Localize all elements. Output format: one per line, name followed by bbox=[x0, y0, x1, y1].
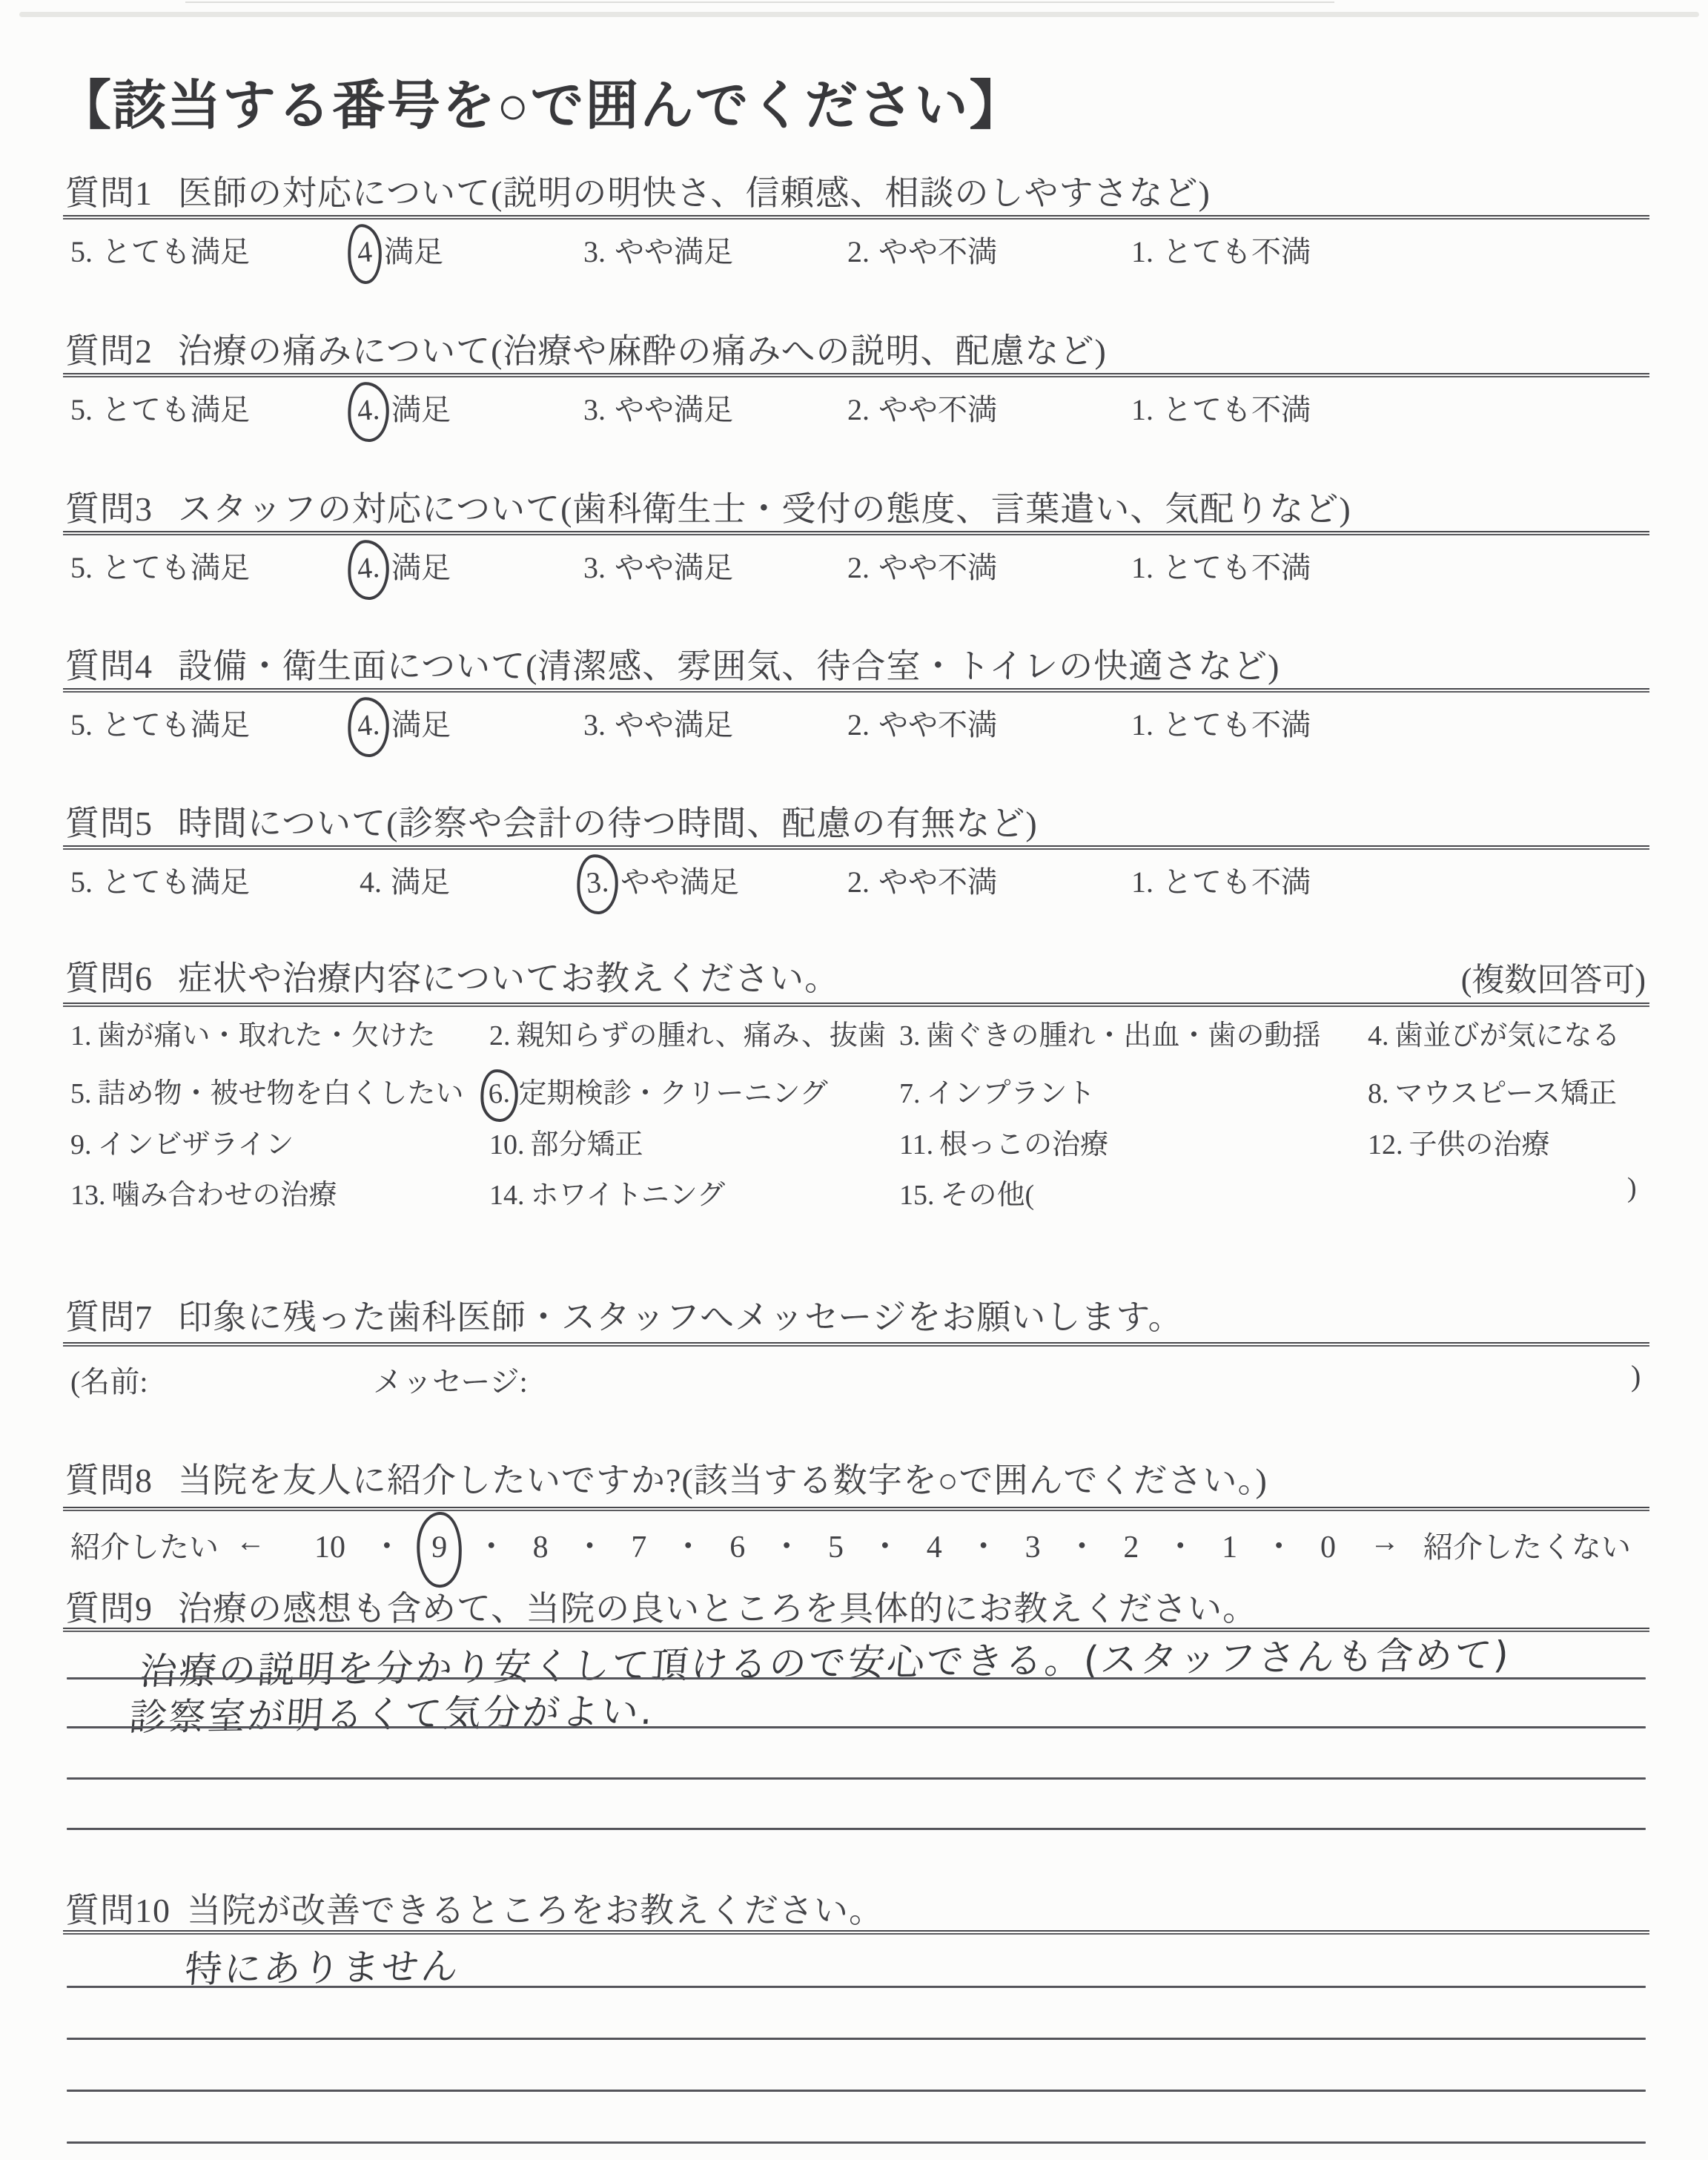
q2-option-5: 5.とても満足 bbox=[70, 386, 250, 429]
q8-num-10: 10 bbox=[314, 1530, 345, 1565]
q6-item-14: 14.ホワイトニング bbox=[489, 1172, 725, 1212]
q8-num-6: 6 bbox=[729, 1530, 745, 1565]
q4-title: 質問4設備・衛生面について(清潔感、雰囲気、待合室・トイレの快適さなど) bbox=[65, 639, 1280, 688]
q1-label: 質問1 bbox=[65, 174, 153, 212]
q6-item-2: 2.親知らずの腫れ、痛み、抜歯 bbox=[489, 1012, 886, 1053]
q6-note: (複数回答可) bbox=[1461, 953, 1646, 1000]
q8-rule bbox=[63, 1507, 1649, 1511]
q10-answer-line-2 bbox=[67, 2038, 1646, 2040]
q6-title-text: 症状や治療内容についてお教えください。 bbox=[178, 960, 839, 997]
q1-rule bbox=[63, 215, 1649, 219]
handwritten-circle-q8: 9 bbox=[414, 1510, 463, 1588]
q8-right-arrow-icon: → bbox=[1370, 1524, 1400, 1559]
q3-options-row: 5.とても満足 4.満足 3.やや満足 2.やや不満 1.とても不満 bbox=[63, 544, 1649, 596]
q8-title: 質問8当院を友人に紹介したいですか?(該当する数字を○で囲んでください。) bbox=[65, 1453, 1268, 1502]
q9-answer-line-2 bbox=[67, 1726, 1646, 1728]
q9-title-text: 治療の感想も含めて、当院の良いところを具体的にお教えください。 bbox=[178, 1590, 1257, 1628]
q3-title: 質問3スタッフの対応について(歯科衛生士・受付の態度、言葉遣い、気配りなど) bbox=[65, 482, 1351, 531]
q8-num-3: 3 bbox=[1025, 1530, 1041, 1565]
q7-name-label: (名前: bbox=[70, 1358, 148, 1401]
q3-label: 質問3 bbox=[65, 490, 153, 528]
q6-item-9: 9.インビザライン bbox=[70, 1121, 294, 1162]
q6-item-15: 15.その他( bbox=[899, 1172, 1034, 1212]
q6-item-3: 3.歯ぐきの腫れ・出血・歯の動揺 bbox=[899, 1012, 1321, 1053]
q1-title: 質問1医師の対応について(説明の明快さ、信頼感、相談のしやすさなど) bbox=[65, 166, 1211, 215]
q2-option-2: 2.やや不満 bbox=[847, 386, 997, 429]
q1-option-5: 5.とても満足 bbox=[70, 228, 250, 271]
q7-rule bbox=[63, 1342, 1649, 1347]
q8-title-text: 当院を友人に紹介したいですか?(該当する数字を○で囲んでください。) bbox=[178, 1462, 1268, 1499]
q9-label: 質問9 bbox=[65, 1590, 153, 1628]
q4-options-row: 5.とても満足 4.満足 3.やや満足 2.やや不満 1.とても不満 bbox=[63, 701, 1649, 753]
handwritten-circle-q3: 4. bbox=[345, 538, 392, 602]
q7-message-label: メッセージ: bbox=[373, 1358, 528, 1401]
q7-close-paren: ) bbox=[1631, 1358, 1641, 1393]
q5-option-5: 5.とても満足 bbox=[70, 859, 250, 901]
handwritten-circle-q5: 3. bbox=[575, 853, 621, 916]
handwritten-answer-q10-line1: 特にありません bbox=[183, 1937, 463, 1994]
survey-page: 【該当する番号を○で囲んでください】 質問1医師の対応について(説明の明快さ、信… bbox=[0, 0, 1708, 2160]
q8-num-5: 5 bbox=[828, 1530, 844, 1565]
q10-answer-line-3 bbox=[67, 2090, 1646, 2092]
q4-option-1: 1.とても不満 bbox=[1131, 701, 1311, 744]
q8-num-1: 1 bbox=[1222, 1530, 1237, 1565]
q7-label: 質問7 bbox=[65, 1298, 153, 1336]
q10-title: 質問10当院が改善できるところをお教えください。 bbox=[65, 1883, 884, 1932]
q8-num-2: 2 bbox=[1123, 1530, 1139, 1565]
q3-option-1: 1.とても不満 bbox=[1131, 544, 1311, 587]
q4-option-2: 2.やや不満 bbox=[847, 701, 997, 744]
q5-option-3-selected: 3.やや満足 bbox=[583, 859, 739, 902]
dot-separator: ・ bbox=[771, 1522, 802, 1567]
dot-separator: ・ bbox=[1066, 1522, 1097, 1567]
q6-title: 質問6症状や治療内容についてお教えください。 bbox=[65, 951, 839, 1000]
q6-item-6-selected: 6.定期検診・クリーニング bbox=[486, 1070, 828, 1113]
q6-item-12: 12.子供の治療 bbox=[1368, 1121, 1550, 1162]
q6-item-1: 1.歯が痛い・取れた・欠けた bbox=[70, 1012, 436, 1053]
q3-rule bbox=[63, 531, 1649, 535]
q2-options-row: 5.とても満足 4.満足 3.やや満足 2.やや不満 1.とても不満 bbox=[63, 386, 1649, 438]
q7-title-text: 印象に残った歯科医師・スタッフへメッセージをお願いします。 bbox=[178, 1298, 1183, 1336]
q10-rule bbox=[63, 1930, 1649, 1935]
q6-item-10: 10.部分矯正 bbox=[489, 1121, 643, 1162]
q6-item-4: 4.歯並びが気になる bbox=[1368, 1012, 1621, 1053]
handwritten-answer-q9-line2: 診察室が明るくて気分がよい. bbox=[128, 1682, 657, 1742]
q4-option-5: 5.とても満足 bbox=[70, 701, 250, 744]
dot-separator: ・ bbox=[574, 1522, 605, 1567]
q6-item-5: 5.詰め物・被せ物を白くしたい bbox=[70, 1070, 464, 1111]
q6-other-close-paren: ) bbox=[1627, 1172, 1637, 1204]
q4-label: 質問4 bbox=[65, 647, 153, 685]
q1-option-3: 3.やや満足 bbox=[583, 228, 733, 271]
q2-title: 質問2治療の痛みについて(治療や麻酔の痛みへの説明、配慮など) bbox=[65, 324, 1107, 373]
q2-option-3: 3.やや満足 bbox=[583, 386, 733, 429]
q8-num-8: 8 bbox=[533, 1530, 549, 1565]
q5-title: 質問5時間について(診察や会計の待つ時間、配慮の有無など) bbox=[65, 796, 1038, 845]
dot-separator: ・ bbox=[371, 1522, 403, 1567]
q8-right-label: 紹介したくない bbox=[1423, 1524, 1631, 1566]
q5-option-1: 1.とても不満 bbox=[1131, 859, 1311, 901]
q5-rule bbox=[63, 845, 1649, 850]
q10-title-text: 当院が改善できるところをお教えください。 bbox=[187, 1892, 884, 1929]
q1-option-1: 1.とても不満 bbox=[1131, 228, 1311, 271]
dot-separator: ・ bbox=[1165, 1522, 1196, 1567]
q8-num-7: 7 bbox=[631, 1530, 646, 1565]
q3-option-4-selected: 4.満足 bbox=[354, 544, 451, 588]
handwritten-circle-q2: 4. bbox=[345, 380, 392, 444]
q6-item-8: 8.マウスピース矯正 bbox=[1368, 1070, 1617, 1111]
q3-option-3: 3.やや満足 bbox=[583, 544, 733, 587]
q9-answer-line-3 bbox=[67, 1777, 1646, 1780]
q8-num-4: 4 bbox=[927, 1530, 942, 1565]
q1-option-4-selected: 4満足 bbox=[354, 228, 443, 272]
q2-option-1: 1.とても不満 bbox=[1131, 386, 1311, 429]
q5-option-4: 4.満足 bbox=[360, 859, 450, 901]
q5-label: 質問5 bbox=[65, 805, 153, 842]
q9-answer-line-1 bbox=[67, 1677, 1646, 1680]
dot-separator: ・ bbox=[870, 1522, 901, 1567]
q8-num-9-selected: 9 bbox=[431, 1530, 448, 1565]
q6-label: 質問6 bbox=[65, 960, 153, 997]
q10-answer-line-1 bbox=[67, 1986, 1646, 1988]
q3-option-2: 2.やや不満 bbox=[847, 544, 997, 587]
q6-rule bbox=[63, 1003, 1649, 1007]
dot-separator: ・ bbox=[968, 1522, 999, 1567]
q6-item-13: 13.噛み合わせの治療 bbox=[70, 1172, 337, 1212]
dot-separator: ・ bbox=[1263, 1522, 1294, 1567]
handwritten-circle-q4: 4. bbox=[345, 696, 392, 759]
q3-option-5: 5.とても満足 bbox=[70, 544, 250, 587]
scan-top-rule bbox=[19, 12, 1699, 17]
q4-rule bbox=[63, 688, 1649, 693]
q1-option-2: 2.やや不満 bbox=[847, 228, 997, 271]
q10-label: 質問10 bbox=[65, 1892, 171, 1929]
q7-title: 質問7印象に残った歯科医師・スタッフへメッセージをお願いします。 bbox=[65, 1290, 1183, 1339]
q6-item-11: 11.根っこの治療 bbox=[899, 1121, 1108, 1162]
q1-title-text: 医師の対応について(説明の明快さ、信頼感、相談のしやすさなど) bbox=[178, 174, 1211, 212]
dot-separator: ・ bbox=[672, 1522, 704, 1567]
handwritten-circle-q6: 6. bbox=[478, 1068, 520, 1123]
q2-option-4-selected: 4.満足 bbox=[354, 386, 451, 430]
q4-option-3: 3.やや満足 bbox=[583, 701, 733, 744]
q5-title-text: 時間について(診察や会計の待つ時間、配慮の有無など) bbox=[178, 805, 1038, 842]
q2-rule bbox=[63, 373, 1649, 377]
q5-options-row: 5.とても満足 4.満足 3.やや満足 2.やや不満 1.とても不満 bbox=[63, 859, 1649, 911]
q2-title-text: 治療の痛みについて(治療や麻酔の痛みへの説明、配慮など) bbox=[178, 332, 1107, 370]
q2-label: 質問2 bbox=[65, 332, 153, 370]
q9-answer-line-4 bbox=[67, 1828, 1646, 1830]
q4-option-4-selected: 4.満足 bbox=[354, 701, 451, 745]
dot-separator: ・ bbox=[476, 1522, 507, 1567]
q5-option-2: 2.やや不満 bbox=[847, 859, 997, 901]
q8-label: 質問8 bbox=[65, 1462, 153, 1499]
page-title: 【該当する番号を○で囲んでください】 bbox=[58, 62, 1025, 139]
scan-artifact-line bbox=[185, 1, 1334, 3]
q1-options-row: 5.とても満足 4満足 3.やや満足 2.やや不満 1.とても不満 bbox=[63, 228, 1649, 280]
q4-title-text: 設備・衛生面について(清潔感、雰囲気、待合室・トイレの快適さなど) bbox=[178, 647, 1280, 685]
q8-num-0: 0 bbox=[1320, 1530, 1336, 1565]
q6-item-7: 7.インプラント bbox=[899, 1070, 1096, 1111]
q10-answer-line-4 bbox=[67, 2141, 1646, 2144]
handwritten-circle-q1: 4 bbox=[345, 222, 385, 285]
q9-title: 質問9治療の感想も含めて、当院の良いところを具体的にお教えください。 bbox=[65, 1582, 1257, 1631]
q3-title-text: スタッフの対応について(歯科衛生士・受付の態度、言葉遣い、気配りなど) bbox=[178, 490, 1351, 528]
